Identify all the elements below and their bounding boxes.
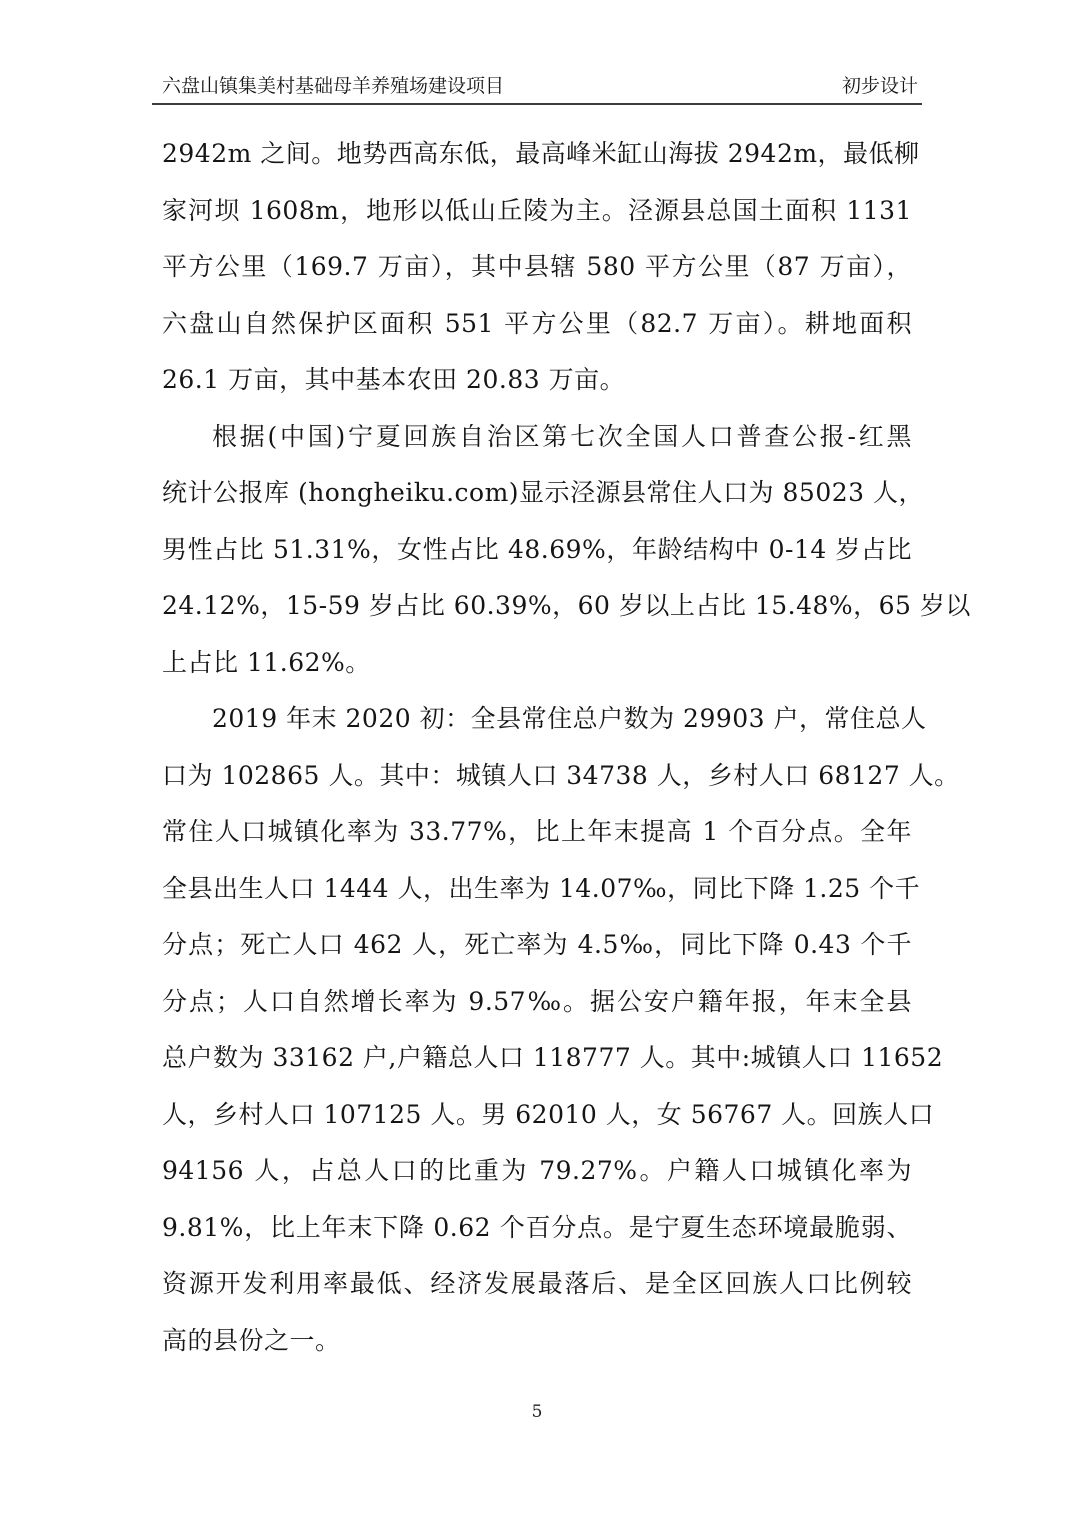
page-footer: 5: [0, 1402, 1074, 1422]
text-line: 26.1 万亩，其中基本农田 20.83 万亩。: [162, 352, 912, 409]
page-number: 5: [532, 1402, 543, 1422]
text-line: 统计公报库 (hongheiku.com)显示泾源县常住人口为 85023 人，: [162, 465, 912, 522]
document-page: 六盘山镇集美村基础母羊养殖场建设项目 初步设计 2942m 之间。地势西高东低，…: [0, 0, 1074, 1520]
text-line: 2942m 之间。地势西高东低，最高峰米缸山海拔 2942m，最低柳: [162, 126, 912, 183]
header-project-title: 六盘山镇集美村基础母羊养殖场建设项目: [152, 74, 504, 98]
text-line: 全县出生人口 1444 人，出生率为 14.07‰，同比下降 1.25 个千: [162, 861, 912, 918]
document-body: 2942m 之间。地势西高东低，最高峰米缸山海拔 2942m，最低柳家河坝 16…: [162, 126, 912, 1369]
text-line: 六盘山自然保护区面积 551 平方公里（82.7 万亩）。耕地面积: [162, 296, 912, 353]
text-line: 根据(中国)宁夏回族自治区第七次全国人口普查公报-红黑: [162, 409, 912, 466]
text-line: 94156 人，占总人口的比重为 79.27%。户籍人口城镇化率为: [162, 1143, 912, 1200]
text-line: 2019 年末 2020 初：全县常住总户数为 29903 户，常住总人: [162, 691, 912, 748]
text-line: 平方公里（169.7 万亩），其中县辖 580 平方公里（87 万亩），: [162, 239, 912, 296]
text-line: 常住人口城镇化率为 33.77%，比上年末提高 1 个百分点。全年: [162, 804, 912, 861]
paragraph: 2019 年末 2020 初：全县常住总户数为 29903 户，常住总人口为 1…: [162, 691, 912, 1369]
text-line: 分点；死亡人口 462 人，死亡率为 4.5‰，同比下降 0.43 个千: [162, 917, 912, 974]
text-line: 男性占比 51.31%，女性占比 48.69%，年龄结构中 0-14 岁占比: [162, 522, 912, 579]
text-line: 资源开发利用率最低、经济发展最落后、是全区回族人口比例较: [162, 1256, 912, 1313]
header-doc-type: 初步设计: [842, 74, 922, 98]
text-line: 人，乡村人口 107125 人。男 62010 人，女 56767 人。回族人口: [162, 1087, 912, 1144]
text-line: 家河坝 1608m，地形以低山丘陵为主。泾源县总国土面积 1131: [162, 183, 912, 240]
text-line: 分点；人口自然增长率为 9.57‰。据公安户籍年报，年末全县: [162, 974, 912, 1031]
text-line: 24.12%，15-59 岁占比 60.39%，60 岁以上占比 15.48%，…: [162, 578, 912, 635]
text-line: 上占比 11.62%。: [162, 635, 912, 692]
page-header: 六盘山镇集美村基础母羊养殖场建设项目 初步设计: [152, 74, 922, 105]
text-line: 高的县份之一。: [162, 1313, 912, 1370]
paragraph: 根据(中国)宁夏回族自治区第七次全国人口普查公报-红黑统计公报库 (honghe…: [162, 409, 912, 692]
text-line: 总户数为 33162 户,户籍总人口 118777 人。其中:城镇人口 1165…: [162, 1030, 912, 1087]
text-line: 9.81%，比上年末下降 0.62 个百分点。是宁夏生态环境最脆弱、: [162, 1200, 912, 1257]
paragraph: 2942m 之间。地势西高东低，最高峰米缸山海拔 2942m，最低柳家河坝 16…: [162, 126, 912, 409]
text-line: 口为 102865 人。其中：城镇人口 34738 人，乡村人口 68127 人…: [162, 748, 912, 805]
